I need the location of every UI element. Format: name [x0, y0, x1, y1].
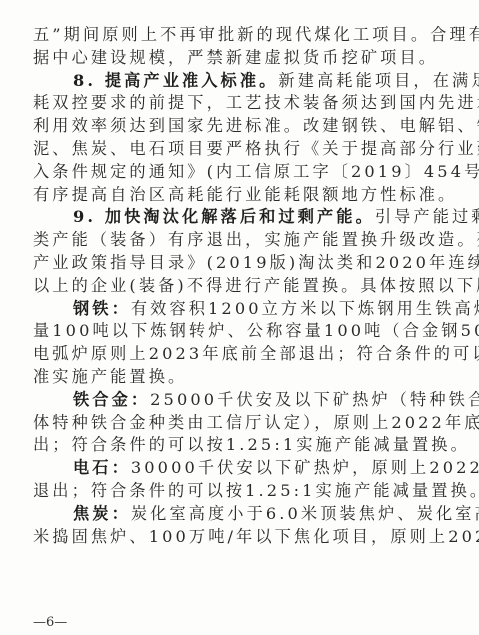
page-number: —6— [33, 615, 67, 630]
section-8-heading-line: 8. 提高产业准入标准。新建高耗能项目，在满足本地区能 [33, 70, 443, 93]
text-line: 电弧炉原则上2023年底前全部退出；符合条件的可以按国家标 [33, 343, 443, 366]
text-line: 以上的企业(装备)不得进行产能置换。具体按照以下原则实施: [33, 275, 443, 298]
text-line: 据中心建设规模，严禁新建虚拟货币挖矿项目。 [33, 47, 443, 70]
calcium-carbide-label: 电石： [73, 458, 131, 477]
text-line: 引导产能过剩行业限制 [375, 207, 479, 226]
text-line: 30000千伏安以下矿热炉，原则上2022年底前全部 [131, 458, 479, 477]
ferroalloy-heading-line: 铁合金：25000千伏安及以下矿热炉（特种铁合金除外，具 [33, 389, 443, 412]
text-line: 入条件规定的通知》(内工信原工字〔2019〕454号)文件规定。 [33, 161, 443, 184]
text-line: 体特种铁合金种类由工信厅认定），原则上2022年底前全部退 [33, 412, 443, 435]
text-line: 量100吨以下炼钢转炉、公称容量100吨（合金钢50吨）以下 [33, 320, 443, 343]
steel-heading-line: 钢铁：有效容积1200立方米以下炼钢用生铁高炉、公称容 [33, 298, 443, 321]
ferroalloy-label: 铁合金： [73, 390, 150, 409]
document-page: 五”期间原则上不再审批新的现代煤化工项目。合理有序控制数 据中心建设规模，严禁新… [33, 24, 443, 548]
section-9-heading-line: 9. 加快淘汰化解落后和过剩产能。引导产能过剩行业限制 [33, 206, 443, 229]
text-line: 炭化室高度小于6.0米顶装焦炉、炭化室高度小于5.5 [131, 504, 479, 523]
text-line: 米捣固焦炉、100万吨/年以下焦化项目，原则上2023年底前全 [33, 526, 443, 549]
text-line: 泥、焦炭、电石项目要严格执行《关于提高部分行业建设项目准 [33, 138, 443, 161]
text-line: 五”期间原则上不再审批新的现代煤化工项目。合理有序控制数 [33, 24, 443, 47]
text-line: 利用效率须达到国家先进标准。改建钢铁、电解铝、铁合金、水 [33, 115, 443, 138]
text-line: 类产能（装备）有序退出，实施产能置换升级改造。列入《国家 [33, 229, 443, 252]
text-line: 出；符合条件的可以按1.25:1实施产能减量置换。 [33, 434, 443, 457]
text-line: 准实施产能置换。 [33, 366, 443, 389]
coke-label: 焦炭： [73, 504, 131, 523]
coke-heading-line: 焦炭：炭化室高度小于6.0米顶装焦炉、炭化室高度小于5.5 [33, 503, 443, 526]
section-9-title: 9. 加快淘汰化解落后和过剩产能。 [73, 207, 375, 226]
text-line: 有效容积1200立方米以下炼钢用生铁高炉、公称容 [131, 299, 479, 318]
calcium-carbide-heading-line: 电石：30000千伏安以下矿热炉，原则上2022年底前全部 [33, 457, 443, 480]
text-line: 产业政策指导目录》(2019版)淘汰类和2020年连续停产1年 [33, 252, 443, 275]
section-8-title: 8. 提高产业准入标准。 [73, 71, 278, 90]
text-line: 新建高耗能项目，在满足本地区能 [278, 71, 479, 90]
text-line: 耗双控要求的前提下，工艺技术装备须达到国内先进水平、能源 [33, 92, 443, 115]
text-line: 25000千伏安及以下矿热炉（特种铁合金除外，具 [150, 390, 479, 409]
steel-label: 钢铁： [73, 299, 131, 318]
text-line: 有序提高自治区高耗能行业能耗限额地方性标准。 [33, 184, 443, 207]
text-line: 退出；符合条件的可以按1.25:1实施产能减量置换。 [33, 480, 443, 503]
